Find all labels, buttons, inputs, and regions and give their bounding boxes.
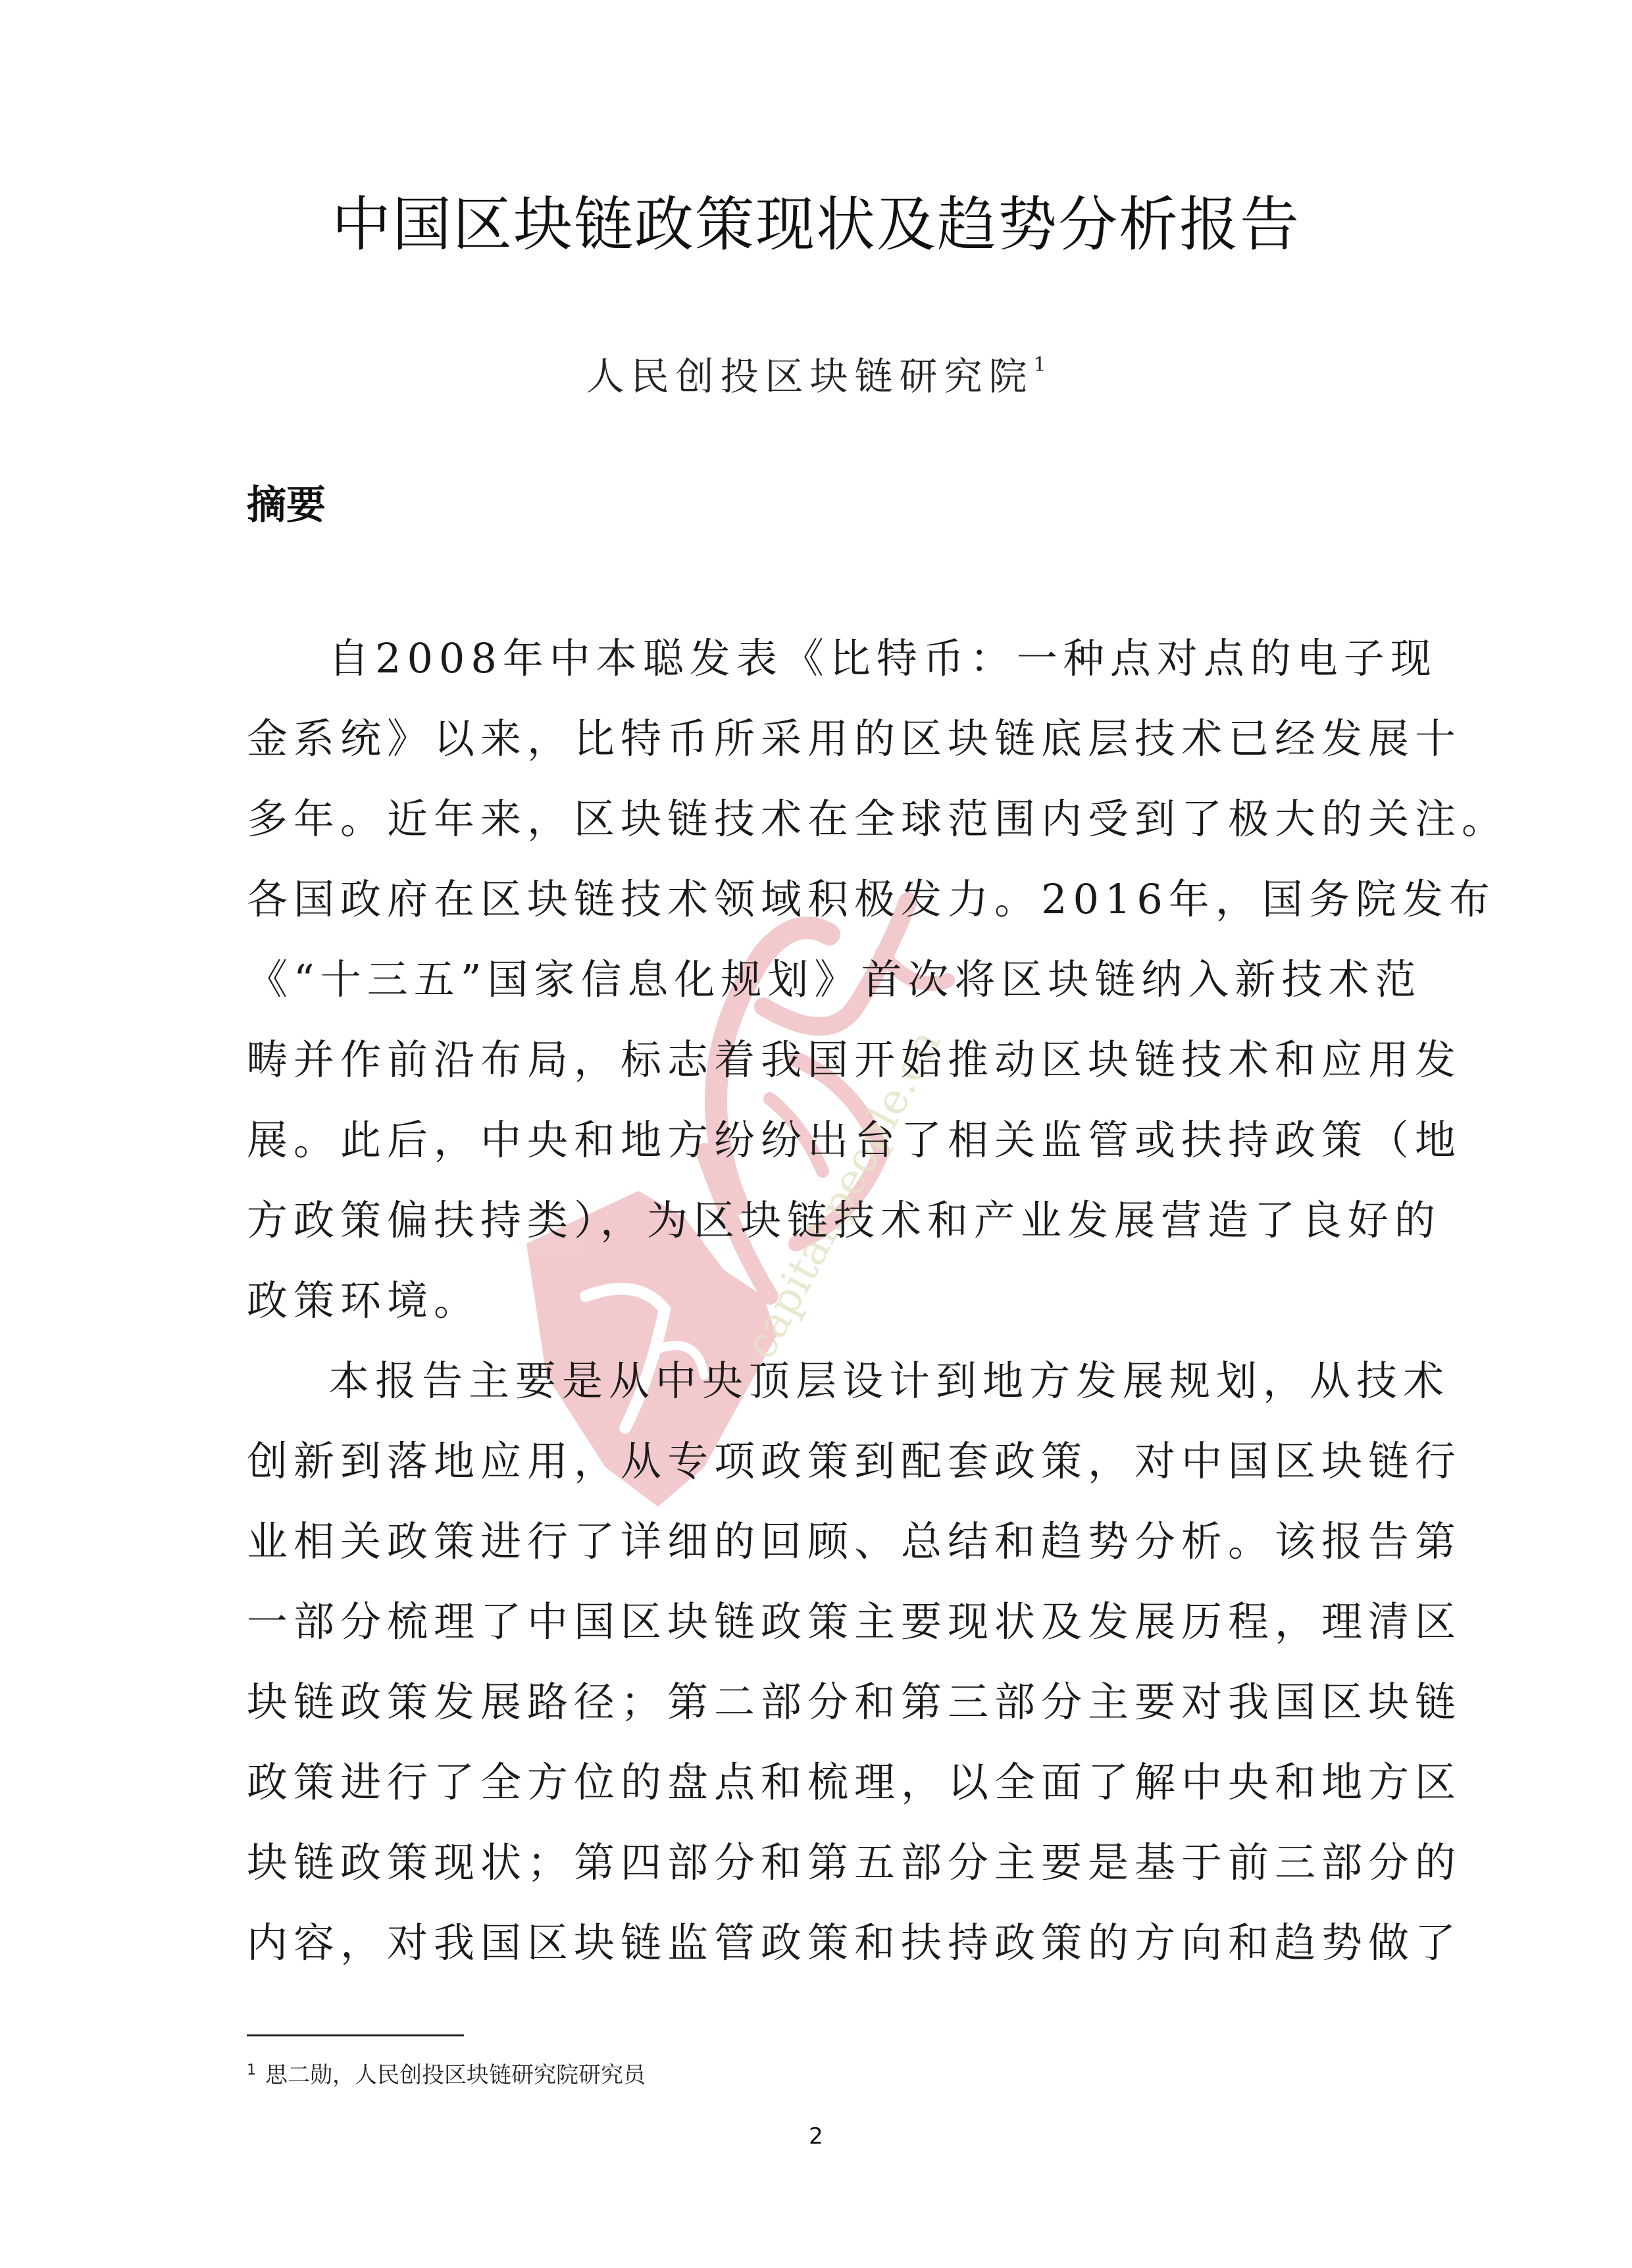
text-line: 政策进行了全方位的盘点和梳理，以全面了解中央和地方区 xyxy=(247,1742,1380,1823)
text-line: 内容，对我国区块链监管政策和扶持政策的方向和趋势做了 xyxy=(247,1903,1380,1983)
paragraph-1: 自2008年中本聪发表《比特币：一种点对点的电子现 金系统》以来，比特币所采用的… xyxy=(247,618,1380,1341)
author-footnote-marker: 1 xyxy=(1033,353,1046,376)
text-line: 创新到落地应用，从专项政策到配套政策，对中国区块链行 xyxy=(247,1421,1380,1501)
paragraph-2: 本报告主要是从中央顶层设计到地方发展规划，从技术 创新到落地应用，从专项政策到配… xyxy=(247,1341,1380,1983)
text-line: 块链政策发展路径；第二部分和第三部分主要对我国区块链 xyxy=(247,1662,1380,1742)
abstract-body: 自2008年中本聪发表《比特币：一种点对点的电子现 金系统》以来，比特币所采用的… xyxy=(247,618,1380,1983)
text-line: 本报告主要是从中央顶层设计到地方发展规划，从技术 xyxy=(247,1341,1380,1421)
text-line: 政策环境。 xyxy=(247,1261,1380,1341)
text-line: 展。此后，中央和地方纷纷出台了相关监管或扶持政策（地 xyxy=(247,1100,1380,1180)
text-line: 各国政府在区块链技术领域积极发力。2016年，国务院发布 xyxy=(247,859,1380,940)
text-line: 业相关政策进行了详细的回顾、总结和趋势分析。该报告第 xyxy=(247,1501,1380,1582)
text-line: 多年。近年来，区块链技术在全球范围内受到了极大的关注。 xyxy=(247,779,1380,859)
text-line: 自2008年中本聪发表《比特币：一种点对点的电子现 xyxy=(247,618,1380,699)
text-line: 块链政策现状；第四部分和第五部分主要是基于前三部分的 xyxy=(247,1823,1380,1903)
document-title: 中国区块链政策现状及趋势分析报告 xyxy=(0,186,1632,265)
author-line: 人民创投区块链研究院1 xyxy=(0,339,1632,403)
text-line: 《“十三五”国家信息化规划》首次将区块链纳入新技术范 xyxy=(247,940,1380,1020)
footnote: 1思二勋，人民创投区块链研究院研究员 xyxy=(247,2054,646,2092)
footnote-divider xyxy=(247,2034,464,2036)
author-name: 人民创投区块链研究院 xyxy=(586,354,1033,399)
text-line: 畴并作前沿布局，标志着我国开始推动区块链技术和应用发 xyxy=(247,1020,1380,1100)
section-heading-abstract: 摘要 xyxy=(247,479,326,532)
document-page: capital.people.cn 中国区块链政策现状及趋势分析报告 人民创投区… xyxy=(0,0,1632,2268)
text-line: 一部分梳理了中国区块链政策主要现状及发展历程，理清区 xyxy=(247,1582,1380,1662)
page-number: 2 xyxy=(0,2120,1632,2153)
footnote-text: 思二勋，人民创投区块链研究院研究员 xyxy=(265,2062,646,2088)
footnote-marker: 1 xyxy=(247,2062,256,2079)
text-line: 金系统》以来，比特币所采用的区块链底层技术已经发展十 xyxy=(247,699,1380,779)
text-line: 方政策偏扶持类），为区块链技术和产业发展营造了良好的 xyxy=(247,1180,1380,1261)
